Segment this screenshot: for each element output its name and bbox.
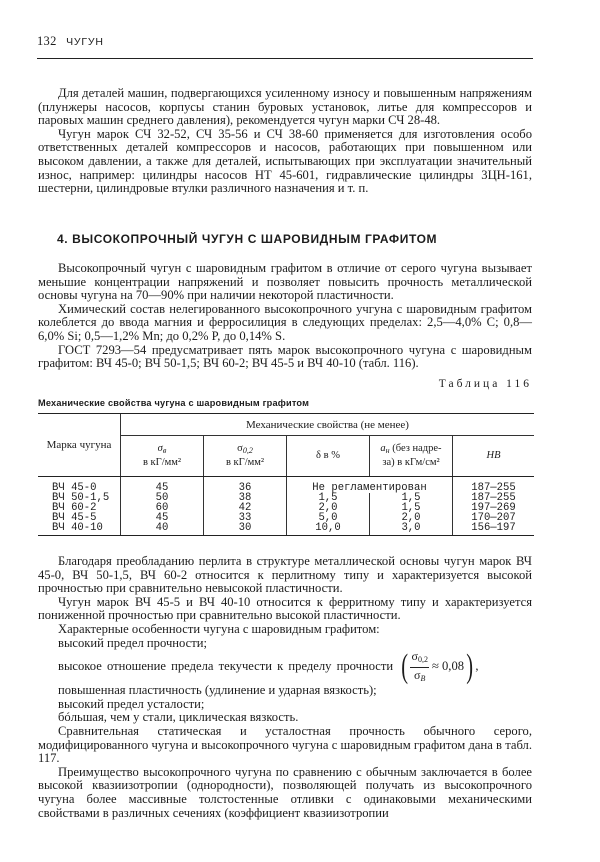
cell-merged-note: Не регламентирован <box>287 477 453 494</box>
section-heading: 4. ВЫСОКОПРОЧНЫЙ ЧУГУН С ШАРОВИДНЫМ ГРАФ… <box>57 232 437 246</box>
cell-sigma-b: 40 <box>121 523 204 536</box>
cell-sigma-02: 30 <box>204 523 287 536</box>
table-row: ВЧ 60-2 60 42 2,0 1,5 197—269 <box>38 503 534 513</box>
paragraph: Сравнительная статическая и усталостная … <box>38 725 532 766</box>
mechanical-properties-table: Марка чугуна Механические свойства (не м… <box>38 413 534 536</box>
running-title: ЧУГУН <box>66 36 104 48</box>
cell-brand: ВЧ 40-10 <box>38 523 121 536</box>
group-header: Механические свойства (не менее) <box>121 414 535 436</box>
col-sigma-b: σв в кГ/мм² <box>121 436 204 477</box>
col-sigma-02: σ0,2 в кГ/мм² <box>204 436 287 477</box>
page-number: 132 <box>37 34 57 48</box>
feature-text: высокое отношение предела текучести к пр… <box>58 660 393 674</box>
paragraph: Чугун марок ВЧ 45-5 и ВЧ 40-10 относится… <box>38 596 532 623</box>
section-text: Высокопрочный чугун с шаровидным графито… <box>38 262 532 371</box>
col-impact: aн (без надре- за) в кГм/см² <box>370 436 453 477</box>
header-rule <box>37 58 533 59</box>
left-paren: ( <box>401 650 408 684</box>
cell-delta: 10,0 <box>287 523 370 536</box>
feature-item: высокий предел усталости; <box>38 698 532 712</box>
feature-item: бóльшая, чем у стали, циклическая вязкос… <box>38 711 532 725</box>
paragraph: Преимущество высокопрочного чугуна по ср… <box>38 766 532 820</box>
fraction: σ0,2 σB <box>410 649 428 686</box>
cell-hb: 156—197 <box>453 523 535 536</box>
col-delta: δ в % <box>287 436 370 477</box>
paragraph: Для деталей машин, подвергающихся усилен… <box>38 87 532 128</box>
right-paren: ) <box>466 650 473 684</box>
intro-text: Для деталей машин, подвергающихся усилен… <box>38 87 532 196</box>
paragraph: Чугун марок СЧ 32-52, СЧ 35-56 и СЧ 38-6… <box>38 128 532 196</box>
ratio-formula: ( σ0,2 σB ≈ 0,08 ) , <box>399 649 478 686</box>
feature-item-ratio: высокое отношение предела текучести к пр… <box>38 650 532 684</box>
cell-sigma-02: 36 <box>204 477 287 494</box>
feature-item: повышенная пластичность (удлинение и уда… <box>38 684 532 698</box>
cell-sigma-b: 45 <box>121 477 204 494</box>
paragraph: Характерные особенности чугуна с шаровид… <box>38 623 532 637</box>
paragraph: Высокопрочный чугун с шаровидным графито… <box>38 262 532 303</box>
cell-brand: ВЧ 45-0 <box>38 477 121 494</box>
paragraph: Благодаря преобладанию перлита в структу… <box>38 555 532 596</box>
table-caption: Механические свойства чугуна с шаровидны… <box>38 398 309 408</box>
brand-header: Марка чугуна <box>38 414 121 477</box>
after-table-text: Благодаря преобладанию перлита в структу… <box>38 555 532 820</box>
col-hb: НВ <box>453 436 535 477</box>
page-header: 132 ЧУГУН <box>37 34 533 49</box>
table-row: ВЧ 45-5 45 33 5,0 2,0 170—207 <box>38 513 534 523</box>
table-number: Таблица 116 <box>439 378 532 390</box>
paragraph: ГОСТ 7293—54 предусматривает пять марок … <box>38 344 532 371</box>
cell-hb: 187—255 <box>453 477 535 494</box>
table-row: ВЧ 40-10 40 30 10,0 3,0 156—197 <box>38 523 534 536</box>
paragraph: Химический состав нелегированного высоко… <box>38 303 532 344</box>
table-row: ВЧ 50-1,5 50 38 1,5 1,5 187—255 <box>38 493 534 503</box>
cell-impact: 3,0 <box>370 523 453 536</box>
table-row: ВЧ 45-0 45 36 Не регламентирован 187—255 <box>38 477 534 494</box>
